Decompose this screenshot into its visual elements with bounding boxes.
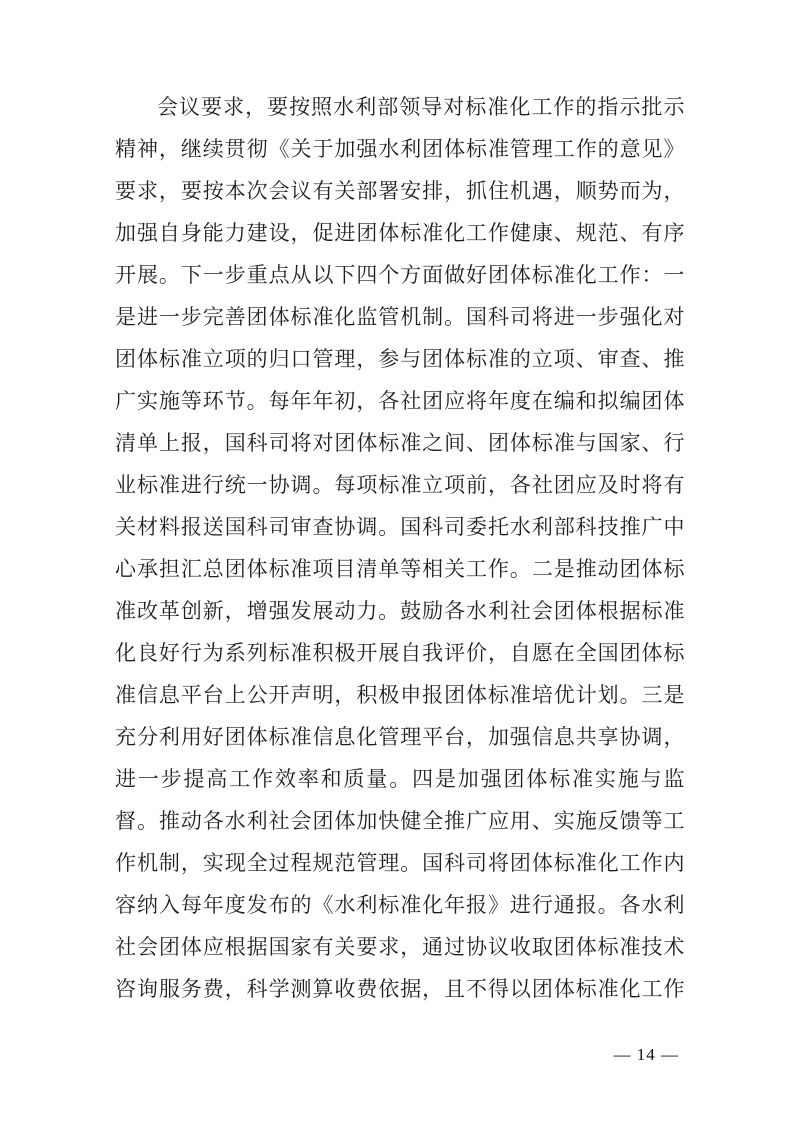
body-line: 作机制，实现全过程规范管理。国科司将团体标准化工作内 [115, 842, 685, 884]
body-line: 督。推动各水利社会团体加快健全推广应用、实施反馈等工 [115, 800, 685, 842]
body-line: 精神，继续贯彻《关于加强水利团体标准管理工作的意见》 [115, 128, 685, 170]
body-line: 社会团体应根据国家有关要求，通过协议收取团体标准技术 [115, 926, 685, 968]
body-line: 准改革创新，增强发展动力。鼓励各水利社会团体根据标准 [115, 590, 685, 632]
body-line: 是进一步完善团体标准化监管机制。国科司将进一步强化对 [115, 296, 685, 338]
body-line: 咨询服务费，科学测算收费依据，且不得以团体标准化工作 [115, 968, 685, 1010]
document-body: 会议要求，要按照水利部领导对标准化工作的指示批示 精神，继续贯彻《关于加强水利团… [115, 86, 685, 1010]
page-footer: — 14 — [614, 1044, 680, 1066]
body-line: 准信息平台上公开声明，积极申报团体标准培优计划。三是 [115, 674, 685, 716]
body-line: 要求，要按本次会议有关部署安排，抓住机遇，顺势而为， [115, 170, 685, 212]
body-line: 进一步提高工作效率和质量。四是加强团体标准实施与监 [115, 758, 685, 800]
body-line: 广实施等环节。每年年初，各社团应将年度在编和拟编团体 [115, 380, 685, 422]
body-line: 开展。下一步重点从以下四个方面做好团体标准化工作：一 [115, 254, 685, 296]
body-line: 化良好行为系列标准积极开展自我评价，自愿在全国团体标 [115, 632, 685, 674]
body-line: 容纳入每年度发布的《水利标准化年报》进行通报。各水利 [115, 884, 685, 926]
body-line: 加强自身能力建设，促进团体标准化工作健康、规范、有序 [115, 212, 685, 254]
body-line: 团体标准立项的归口管理，参与团体标准的立项、审查、推 [115, 338, 685, 380]
body-line: 清单上报，国科司将对团体标准之间、团体标准与国家、行 [115, 422, 685, 464]
body-line: 心承担汇总团体标准项目清单等相关工作。二是推动团体标 [115, 548, 685, 590]
document-page: 会议要求，要按照水利部领导对标准化工作的指示批示 精神，继续贯彻《关于加强水利团… [0, 0, 800, 1131]
body-line: 会议要求，要按照水利部领导对标准化工作的指示批示 [115, 86, 685, 128]
page-number: — 14 — [614, 1045, 680, 1064]
body-line: 充分利用好团体标准信息化管理平台，加强信息共享协调， [115, 716, 685, 758]
body-line: 关材料报送国科司审查协调。国科司委托水利部科技推广中 [115, 506, 685, 548]
body-line: 业标准进行统一协调。每项标准立项前，各社团应及时将有 [115, 464, 685, 506]
